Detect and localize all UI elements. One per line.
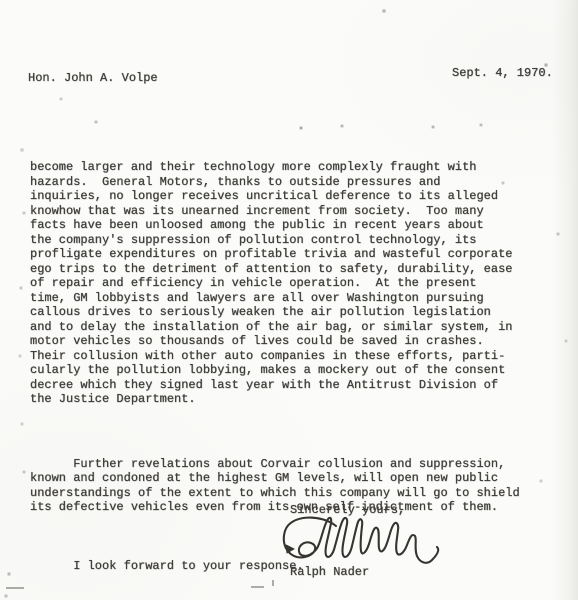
date-line: Sept. 4, 1970. bbox=[452, 66, 553, 81]
scanned-letter-page: { "page": { "kind": "scanned typewritten… bbox=[0, 0, 578, 600]
paragraph-1: become larger and their technology more … bbox=[30, 160, 550, 407]
recipient-line: Hon. John A. Volpe bbox=[28, 71, 158, 86]
typed-signature-name: Ralph Nader bbox=[290, 565, 369, 580]
scan-artifacts bbox=[0, 0, 2, 2]
scan-artifact-dash bbox=[6, 587, 24, 589]
